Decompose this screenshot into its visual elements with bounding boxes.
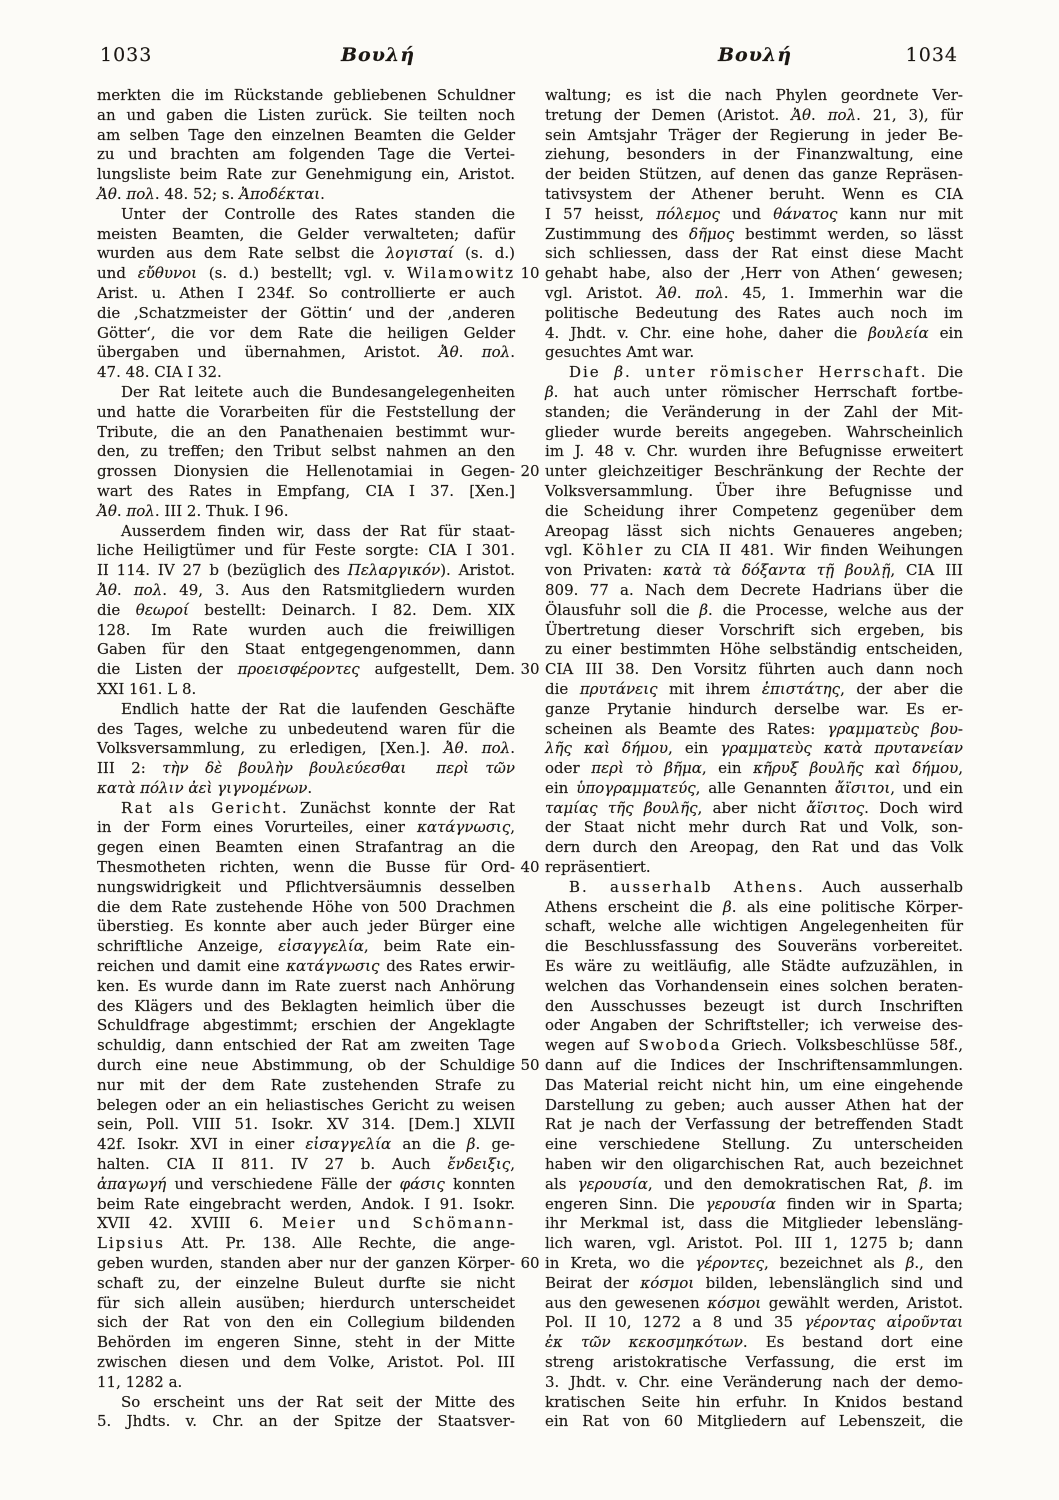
text-line: ziehung, besonders in der Finanzwaltung,… [545, 145, 963, 165]
text-line: ἀπαγωγή und verschiedene Fälle der φάσις… [97, 1175, 515, 1195]
text-line: 4. Jhdt. v. Chr. eine hohe, daher die βο… [545, 324, 963, 344]
text-line: Es wäre zu weitläufig, alle Städte aufzu… [545, 957, 963, 977]
text-line: welchen das Vorhandensein eines solchen … [545, 977, 963, 997]
text-line: halten. CIA II 811. IV 27 b. Auch ἔνδειξ… [97, 1155, 515, 1175]
text-column-right: waltung; es ist die nach Phylen geordnet… [545, 86, 963, 1432]
text-line: zu einer bestimmten Höhe selbständig ent… [545, 640, 963, 660]
text-line: oder Angaben der Schriftsteller; ich ver… [545, 1016, 963, 1036]
text-line: merkten die im Rückstande gebliebenen Sc… [97, 86, 515, 106]
text-line: 5. Jhdts. v. Chr. an der Spitze der Staa… [97, 1412, 515, 1432]
page-number-right: 1034 [858, 44, 958, 66]
text-column-left: merkten die im Rückstande gebliebenen Sc… [97, 86, 515, 1432]
text-line: scheinen als Beamte des Rates: γραμματεὺ… [545, 720, 963, 740]
text-line: schriftliche Anzeige, εἰσαγγελία, beim R… [97, 937, 515, 957]
text-line: dann auf die Indices der Inschriftensamm… [545, 1056, 963, 1076]
text-line: Der Rat leitete auch die Bundesangelegen… [97, 383, 515, 403]
text-line: die Listen der προεισφέροντες aufgestell… [97, 660, 515, 680]
text-line: die Scheidung ihrer Competenz gegenüber … [545, 502, 963, 522]
text-line: Thesmotheten richten, wenn die Busse für… [97, 858, 515, 878]
text-line: belegen oder an ein heliastisches Gerich… [97, 1096, 515, 1116]
text-line: ken. Es wurde dann im Rate zuerst nach A… [97, 977, 515, 997]
text-line: streng aristokratische Verfassung, die e… [545, 1353, 963, 1373]
text-line: 809. 77 a. Nach dem Decrete Hadrians übe… [545, 581, 963, 601]
text-line: durch eine neue Abstimmung, ob der Schul… [97, 1056, 515, 1076]
text-line: Unter der Controlle des Rates standen di… [97, 205, 515, 225]
text-line: schuldig, dann entschied der Rat am zwei… [97, 1036, 515, 1056]
text-line: Götter‘, die vor dem Rate die heiligen G… [97, 324, 515, 344]
text-line: glieder wurde bereits angegeben. Wahrsch… [545, 423, 963, 443]
text-line: die ‚Schatzmeister der Göttin‘ und der ‚… [97, 304, 515, 324]
text-line: am selben Tage den einzelnen Beamten die… [97, 126, 515, 146]
text-line: für sich allein ausüben; hierdurch unter… [97, 1294, 515, 1314]
text-line: von Privaten: κατὰ τὰ δόξαντα τῇ βουλῇ, … [545, 561, 963, 581]
text-line: lich waren, vgl. Aristot. Pol. III 1, 12… [545, 1234, 963, 1254]
text-line: meisten Beamten, die Gelder verwalteten;… [97, 225, 515, 245]
text-line: 3. Jhdt. v. Chr. eine Veränderung nach d… [545, 1373, 963, 1393]
line-number-gutter: 102030405060 [515, 86, 545, 1432]
text-line: in der Form eines Vorurteiles, einer κατ… [97, 818, 515, 838]
text-line: B. ausserhalb Athens. Auch ausserhalb [545, 878, 963, 898]
running-title-left: Βουλή [278, 44, 478, 66]
text-line: vgl. Aristot. Ἀθ. πολ. 45, 1. Immerhin w… [545, 284, 963, 304]
text-line: ihr Merkmal ist, dass die Mitglieder leb… [545, 1214, 963, 1234]
text-line: Ölausfuhr soll die β. die Processe, welc… [545, 601, 963, 621]
page-header: 1033 Βουλή Βουλή 1034 [0, 44, 1059, 72]
text-line: zwischen diesen und dem Volke, Aristot. … [97, 1353, 515, 1373]
text-line: Die β. unter römischer Herrschaft. Die [545, 363, 963, 383]
text-line: 11, 1282 a. [97, 1373, 515, 1393]
text-line: II 114. IV 27 b (bezüglich des Πελαργικό… [97, 561, 515, 581]
text-line: und εὔθυνοι (s. d.) bestellt; vgl. v. Wi… [97, 264, 515, 284]
text-line: des Klägers und des Beklagten heimlich ü… [97, 997, 515, 1017]
text-line: schaft zu, der einzelne Buleut durfte si… [97, 1274, 515, 1294]
text-line: sein Amtsjahr Träger der Regierung in je… [545, 126, 963, 146]
text-line: haben wir den oligarchischen Rat, auch b… [545, 1155, 963, 1175]
text-line: XXI 161. L 8. [97, 680, 515, 700]
scanned-lexicon-page: 1033 Βουλή Βουλή 1034 merkten die im Rüc… [0, 0, 1059, 1500]
text-line: Endlich hatte der Rat die laufenden Gesc… [97, 700, 515, 720]
text-line: Rat als Gericht. Zunächst konnte der Rat [97, 799, 515, 819]
text-line: eine verschiedene Stellung. Zu untersche… [545, 1135, 963, 1155]
text-line: Rat je nach der Verfassung der betreffen… [545, 1115, 963, 1135]
line-number: 40 [515, 858, 545, 878]
text-line: β. hat auch unter römischer Herrschaft f… [545, 383, 963, 403]
text-line: zu und brachten am folgenden Tage die Ve… [97, 145, 515, 165]
text-line: Beirat der κόσμοι bilden, lebenslänglich… [545, 1274, 963, 1294]
text-line: Ἀθ. πολ. 48. 52; s. Ἀποδέκται. [97, 185, 515, 205]
text-body: merkten die im Rückstande gebliebenen Sc… [97, 86, 963, 1432]
text-line: Volksversammlung. Über ihre Befugnisse u… [545, 482, 963, 502]
text-line: ἐκ τῶν κεκοσμηκότων. Es bestand dort ein… [545, 1333, 963, 1353]
text-line: III 2: τὴν δὲ βουλὴν βουλεύεσθαι περὶ τῶ… [97, 759, 515, 779]
text-line: beim Rate eingebracht werden, Andok. I 9… [97, 1195, 515, 1215]
text-line: an und gaben die Listen zurück. Sie teil… [97, 106, 515, 126]
text-line: kratischen Seite hin erfuhr. In Knidos b… [545, 1393, 963, 1413]
text-line: So erscheint uns der Rat seit der Mitte … [97, 1393, 515, 1413]
text-line: ganze Prytanie hindurch derselbe war. Es… [545, 700, 963, 720]
text-line: geben wurden, standen aber nur der ganze… [97, 1254, 515, 1274]
text-line: wurden aus dem Rate selbst die λογισταί … [97, 244, 515, 264]
text-line: Ausserdem finden wir, dass der Rat für s… [97, 522, 515, 542]
text-line: und hatte die Vorarbeiten für die Festst… [97, 403, 515, 423]
text-line: vgl. Köhler zu CIA II 481. Wir finden We… [545, 541, 963, 561]
text-line: die dem Rate zustehende Höhe von 500 Dra… [97, 898, 515, 918]
text-line: die Beschlussfassung des Souveräns vorbe… [545, 937, 963, 957]
text-line: CIA III 38. Den Vorsitz führten auch dan… [545, 660, 963, 680]
text-line: oder περὶ τὸ βῆμα, ein κῆρυξ βουλῆς καὶ … [545, 759, 963, 779]
page-number-left: 1033 [100, 44, 152, 66]
text-line: repräsentiert. [545, 858, 963, 878]
running-title-right: Βουλή [655, 44, 855, 66]
text-line: Das Material reicht nicht hin, um eine e… [545, 1076, 963, 1096]
text-line: unter gleichzeitiger Beschränkung der Re… [545, 462, 963, 482]
text-line: I 57 heisst, πόλεμος und θάνατος kann nu… [545, 205, 963, 225]
text-line: Schuldfrage abgestimmt; erschien der Ang… [97, 1016, 515, 1036]
text-line: ein ὑπογραμματεύς, alle Genannten ἄϊσιτο… [545, 779, 963, 799]
text-line: wegen auf Swoboda Griech. Volksbeschlüss… [545, 1036, 963, 1056]
text-line: schaft, welche alle wichtigen Angelegenh… [545, 917, 963, 937]
text-line: Darstellung zu geben; auch ausser Athen … [545, 1096, 963, 1116]
text-line: der Staat nicht mehr durch Rat und Volk,… [545, 818, 963, 838]
line-number: 20 [515, 462, 545, 482]
line-number: 10 [515, 264, 545, 284]
text-line: Ἀθ. πολ. III 2. Thuk. I 96. [97, 502, 515, 522]
text-line: 47. 48. CIA I 32. [97, 363, 515, 383]
text-line: XVII 42. XVIII 6. Meier und Schömann- [97, 1214, 515, 1234]
text-line: die θεωροί bestellt: Deinarch. I 82. Dem… [97, 601, 515, 621]
text-line: Arist. u. Athen I 234f. So controllierte… [97, 284, 515, 304]
text-line: gehabt habe, also der ‚Herr von Athen‘ g… [545, 264, 963, 284]
text-line: Lipsius Att. Pr. 138. Alle Rechte, die a… [97, 1234, 515, 1254]
line-number: 30 [515, 660, 545, 680]
text-line: sein, Poll. VIII 51. Isokr. XV 314. [Dem… [97, 1115, 515, 1135]
text-line: der beiden Stützen, auf denen das ganze … [545, 165, 963, 185]
text-line: wart des Rates in Empfang, CIA I 37. [Xe… [97, 482, 515, 502]
text-line: in Kreta, wo die γέροντες, bezeichnet al… [545, 1254, 963, 1274]
line-number: 50 [515, 1056, 545, 1076]
text-line: nungswidrigkeit und Pflichtversäumnis de… [97, 878, 515, 898]
text-line: Gaben für den Staat entgegengenommen, da… [97, 640, 515, 660]
text-line: 42f. Isokr. XVI in einer εἰσαγγελία an d… [97, 1135, 515, 1155]
text-line: reichen und damit eine κατάγνωσις des Ra… [97, 957, 515, 977]
text-line: tativsystem der Athener beruht. Wenn es … [545, 185, 963, 205]
text-line: Übertretung dieser Vorschrift sich ergeb… [545, 621, 963, 641]
text-line: λῆς καὶ δήμου, ein γραμματεὺς κατὰ πρυτα… [545, 739, 963, 759]
text-line: die πρυτάνεις mit ihrem ἐπιστάτης, der a… [545, 680, 963, 700]
text-line: gegen einen Beamten einen Strafantrag an… [97, 838, 515, 858]
text-line: grossen Dionysien die Hellenotamiai in G… [97, 462, 515, 482]
text-line: lungsliste beim Rate zur Genehmigung ein… [97, 165, 515, 185]
text-line: sich der Rat von den ein Collegium bilde… [97, 1313, 515, 1333]
line-number: 60 [515, 1254, 545, 1274]
text-line: aus den gewesenen κόσμοι gewählt werden,… [545, 1294, 963, 1314]
text-line: politische Bedeutung des Rates auch noch… [545, 304, 963, 324]
text-line: dern durch den Areopag, den Rat und das … [545, 838, 963, 858]
text-line: Tribute, die an den Panathenaien bestimm… [97, 423, 515, 443]
text-line: nur mit der dem Rate zustehenden Strafe … [97, 1076, 515, 1096]
text-line: ταμίας τῆς βουλῆς, aber nicht ἄϊσιτος. D… [545, 799, 963, 819]
text-line: Zustimmung des δῆμος bestimmt werden, so… [545, 225, 963, 245]
text-line: Behörden im engeren Sinne, steht in der … [97, 1333, 515, 1353]
text-line: waltung; es ist die nach Phylen geordnet… [545, 86, 963, 106]
text-line: engeren Sinn. Die γερουσία finden wir in… [545, 1195, 963, 1215]
text-line: standen; die Veränderung in der Zahl der… [545, 403, 963, 423]
text-line: übergaben und übernahmen, Aristot. Ἀθ. π… [97, 343, 515, 363]
text-line: als γερουσία, und den demokratischen Rat… [545, 1175, 963, 1195]
text-line: sich schliessen, dass der Rat einst dies… [545, 244, 963, 264]
text-line: im J. 48 v. Chr. wurden ihre Befugnisse … [545, 442, 963, 462]
text-line: κατὰ πόλιν ἀεὶ γιγνομένων. [97, 779, 515, 799]
text-line: ein Rat von 60 Mitgliedern auf Lebenszei… [545, 1412, 963, 1432]
text-line: Pol. II 10, 1272 a 8 und 35 γέροντας αἱρ… [545, 1313, 963, 1333]
text-line: tretung der Demen (Aristot. Ἀθ. πολ. 21,… [545, 106, 963, 126]
text-line: Ἀθ. πολ. 49, 3. Aus den Ratsmitgliedern … [97, 581, 515, 601]
text-line: den Ausschusses bezeugt ist durch Inschr… [545, 997, 963, 1017]
text-line: liche Heiligtümer und für Feste sorgte: … [97, 541, 515, 561]
text-line: überstieg. Es konnte aber auch jeder Bür… [97, 917, 515, 937]
text-line: Volksversammlung, zu erledigen, [Xen.]. … [97, 739, 515, 759]
text-line: Athens erscheint die β. als eine politis… [545, 898, 963, 918]
text-line: 128. Im Rate wurden auch die freiwillige… [97, 621, 515, 641]
text-line: des Tages, welche zu unbedeutend waren f… [97, 720, 515, 740]
text-line: Areopag lässt sich nichts Genaueres ange… [545, 522, 963, 542]
text-line: gesuchtes Amt war. [545, 343, 963, 363]
text-line: den, zu treffen; den Tribut selbst nahme… [97, 442, 515, 462]
